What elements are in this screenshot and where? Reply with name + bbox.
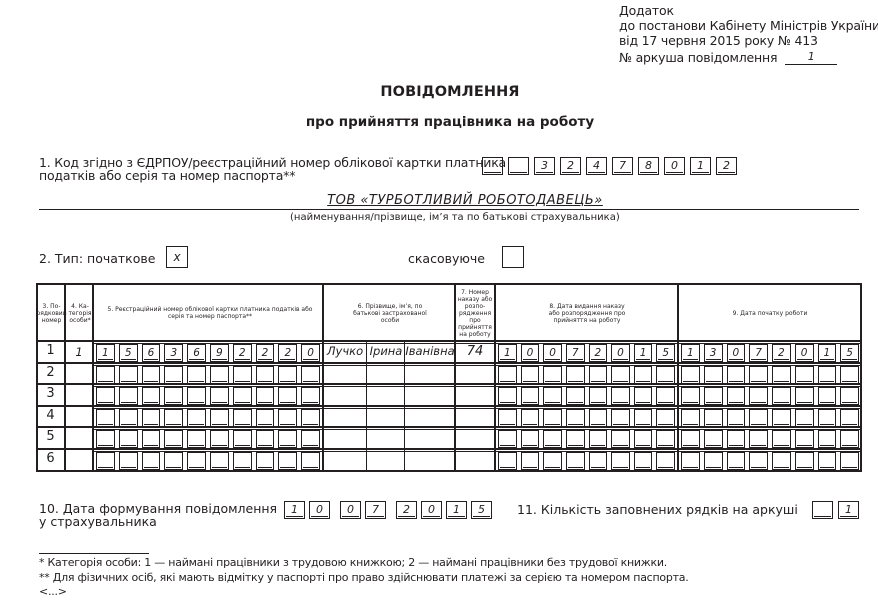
order-date-cell[interactable]	[634, 430, 653, 448]
tax-id-cell[interactable]	[233, 366, 252, 384]
report-date-cell[interactable]: 0	[309, 501, 330, 519]
order-date-cell[interactable]	[589, 387, 608, 405]
table-row-divider	[36, 283, 862, 285]
order-date-cell[interactable]	[498, 366, 517, 384]
table-column-divider	[494, 283, 496, 471]
start-date-cell[interactable]	[818, 409, 837, 427]
order-date-cell[interactable]	[611, 430, 630, 448]
tax-id-cell[interactable]	[96, 366, 115, 384]
filled-rows-cell[interactable]: 1	[838, 501, 859, 519]
report-date-label: 10. Дата формування повідомлення у страх…	[39, 502, 277, 528]
start-date-cell[interactable]: 5	[840, 344, 859, 362]
type-initial-label: 2. Тип: початкове	[39, 251, 155, 266]
tax-id-cell[interactable]	[142, 452, 161, 470]
order-date-cell[interactable]	[566, 387, 585, 405]
tax-id-cell[interactable]: 2	[256, 344, 275, 362]
tax-id-cell[interactable]	[119, 452, 138, 470]
tax-id-cell[interactable]: 2	[278, 344, 297, 362]
tax-id-cell[interactable]: 6	[187, 344, 206, 362]
report-date-cell[interactable]: 1	[446, 501, 467, 519]
order-date-cell[interactable]	[543, 452, 562, 470]
order-date-cell[interactable]	[611, 366, 630, 384]
order-date-cell[interactable]: 0	[543, 344, 562, 362]
start-date-cell[interactable]	[704, 366, 723, 384]
report-date-cell[interactable]: 7	[365, 501, 386, 519]
start-date-cell[interactable]	[749, 387, 768, 405]
order-date-cell[interactable]: 7	[566, 344, 585, 362]
tax-id-cell[interactable]	[164, 387, 183, 405]
order-date-cell[interactable]	[634, 409, 653, 427]
start-date-cell[interactable]	[727, 387, 746, 405]
start-date-cell[interactable]	[772, 387, 791, 405]
surname-field[interactable]: Лучко	[323, 344, 367, 358]
footnote-divider	[39, 553, 149, 554]
tax-id-cell[interactable]: 1	[96, 344, 115, 362]
annex-line-2: до постанови Кабінету Міністрів України	[619, 18, 878, 33]
tax-id-cell[interactable]	[278, 409, 297, 427]
tax-id-cell[interactable]: 3	[164, 344, 183, 362]
filled-rows-cells: 1	[812, 501, 864, 519]
start-date-cell[interactable]: 1	[681, 344, 700, 362]
order-date-cell[interactable]	[498, 409, 517, 427]
tax-id-cell[interactable]: 5	[119, 344, 138, 362]
order-date-cell[interactable]	[611, 452, 630, 470]
report-date-cell[interactable]: 1	[284, 501, 305, 519]
order-date-cell[interactable]: 0	[611, 344, 630, 362]
tax-id-cell[interactable]	[187, 430, 206, 448]
order-date-cell[interactable]	[498, 452, 517, 470]
report-date-label-line-2: у страхувальника	[39, 515, 277, 528]
employer-code-label-line-2: податків або серія та номер паспорта**	[39, 169, 506, 182]
header-full-name: 6. Прізвище, ім’я, по батькові застрахов…	[326, 285, 454, 341]
order-date-cell[interactable]	[543, 430, 562, 448]
tax-id-cell[interactable]	[233, 387, 252, 405]
order-date-cell[interactable]	[543, 387, 562, 405]
report-date-cell[interactable]: 0	[421, 501, 442, 519]
tax-id-cell[interactable]: 9	[210, 344, 229, 362]
start-date-cell[interactable]	[727, 409, 746, 427]
order-date-cell[interactable]	[543, 366, 562, 384]
tax-id-cell[interactable]	[210, 387, 229, 405]
employer-code-cell[interactable]: 7	[612, 157, 633, 175]
name-field[interactable]: Ірина	[367, 344, 405, 358]
start-date-cell[interactable]	[840, 430, 859, 448]
start-date-cell[interactable]	[795, 430, 814, 448]
header-tax-id: 5. Реєстраційний номер облікової картки …	[100, 285, 320, 341]
tax-id-cell[interactable]	[187, 387, 206, 405]
order-date-cell[interactable]	[589, 452, 608, 470]
tax-id-cell[interactable]	[278, 387, 297, 405]
tax-id-cell[interactable]: 0	[301, 344, 320, 362]
order-date-cell[interactable]	[634, 452, 653, 470]
tax-id-cell[interactable]	[119, 366, 138, 384]
header-order-date: 8. Дата видання наказу або розпорядження…	[497, 285, 677, 341]
tax-id-cell[interactable]	[233, 430, 252, 448]
tax-id-cell[interactable]	[96, 430, 115, 448]
start-date-cell[interactable]	[704, 452, 723, 470]
table-column-divider	[860, 283, 862, 471]
type-cancel-label: скасовуюче	[408, 251, 485, 266]
start-date-cell[interactable]	[727, 366, 746, 384]
row-number: 4	[36, 408, 65, 423]
tax-id-cell[interactable]	[164, 409, 183, 427]
filled-rows-label: 11. Кількість заповнених рядків на аркуш…	[517, 502, 798, 517]
start-date-cell[interactable]: 3	[704, 344, 723, 362]
order-date-cell[interactable]	[521, 387, 540, 405]
start-date-cell[interactable]	[749, 430, 768, 448]
category-field[interactable]: 1	[65, 345, 93, 359]
start-date-cell[interactable]	[681, 387, 700, 405]
start-date-cell[interactable]: 2	[772, 344, 791, 362]
annex-line-1: Додаток	[619, 3, 878, 18]
sheet-number-field[interactable]: 1	[785, 50, 837, 65]
tax-id-cell[interactable]	[278, 430, 297, 448]
table-row-inner-line	[93, 408, 862, 409]
order-date-cell[interactable]: 5	[656, 344, 675, 362]
start-date-cell[interactable]	[818, 430, 837, 448]
order-date-cell[interactable]	[589, 366, 608, 384]
order-date-cell[interactable]	[566, 430, 585, 448]
order-date-cell[interactable]	[656, 366, 675, 384]
employer-code-cell[interactable]: 3	[534, 157, 555, 175]
employer-name-field[interactable]: ТОВ «ТУРБОТЛИВИЙ РОБОТОДАВЕЦЬ»	[300, 193, 630, 208]
order-date-cell[interactable]	[521, 409, 540, 427]
tax-id-cell[interactable]	[164, 430, 183, 448]
patronymic-field[interactable]: Іванівна	[405, 344, 455, 358]
order-date-cell[interactable]	[566, 366, 585, 384]
start-date-cell[interactable]	[772, 452, 791, 470]
tax-id-cell[interactable]	[278, 452, 297, 470]
type-initial-checkbox[interactable]: x	[166, 246, 188, 268]
tax-id-cell[interactable]	[233, 452, 252, 470]
tax-id-cell[interactable]	[210, 430, 229, 448]
start-date-cell[interactable]	[749, 452, 768, 470]
start-date-cell[interactable]: 0	[727, 344, 746, 362]
employer-code-cell[interactable]	[482, 157, 503, 175]
employer-code-cells: 32478012	[482, 157, 742, 175]
tax-id-cell[interactable]	[233, 409, 252, 427]
tax-id-cell[interactable]	[119, 430, 138, 448]
start-date-cell[interactable]	[818, 387, 837, 405]
start-date-cell[interactable]	[772, 409, 791, 427]
order-date-cell[interactable]	[589, 409, 608, 427]
employer-code-cell[interactable]: 2	[716, 157, 737, 175]
start-date-cell[interactable]	[840, 452, 859, 470]
order-number-field[interactable]: 74	[455, 344, 495, 359]
employees-table: 3. По-рядковий номер 4. Ка-тегорія особи…	[36, 283, 862, 471]
table-column-divider	[322, 283, 324, 471]
order-date-cell[interactable]	[498, 430, 517, 448]
table-row-inner-line	[93, 451, 862, 452]
row-number: 5	[36, 429, 65, 444]
start-date-cell[interactable]	[704, 430, 723, 448]
employer-code-cell[interactable]: 8	[638, 157, 659, 175]
filled-rows-cell[interactable]	[812, 501, 833, 519]
tax-id-cell[interactable]	[256, 430, 275, 448]
order-date-cell[interactable]	[498, 387, 517, 405]
tax-id-cell[interactable]	[210, 409, 229, 427]
start-date-cell[interactable]	[749, 366, 768, 384]
table-row-divider	[36, 340, 862, 342]
tax-id-cell[interactable]: 6	[142, 344, 161, 362]
table-column-divider	[677, 283, 679, 471]
employer-name-caption: (найменування/прізвище, ім’я та по батьк…	[290, 212, 620, 223]
table-column-divider	[454, 283, 456, 471]
order-date-cell[interactable]	[543, 409, 562, 427]
start-date-cell[interactable]	[704, 409, 723, 427]
tax-id-cell[interactable]	[187, 452, 206, 470]
footnote-2: ** Для фізичних осіб, які мають відмітку…	[39, 571, 689, 586]
tax-id-cell[interactable]: 2	[233, 344, 252, 362]
start-date-cell[interactable]	[727, 452, 746, 470]
tax-id-cell[interactable]	[301, 387, 320, 405]
order-date-cell[interactable]: 2	[589, 344, 608, 362]
employer-code-label: 1. Код згідно з ЄДРПОУ/реєстраційний ном…	[39, 156, 506, 182]
order-date-cell[interactable]: 1	[634, 344, 653, 362]
start-date-cell[interactable]	[840, 409, 859, 427]
row-number: 2	[36, 365, 65, 380]
report-date-cell[interactable]: 0	[340, 501, 361, 519]
order-date-cell[interactable]	[566, 452, 585, 470]
header-row-number: 3. По-рядковий номер	[38, 285, 65, 341]
order-date-cell[interactable]: 0	[521, 344, 540, 362]
start-date-cell[interactable]	[704, 387, 723, 405]
tax-id-cell[interactable]	[256, 409, 275, 427]
order-date-cell[interactable]	[656, 452, 675, 470]
employer-code-cell[interactable]	[508, 157, 529, 175]
employer-name-underline	[39, 209, 859, 210]
employer-code-cell[interactable]: 4	[586, 157, 607, 175]
page-title: ПОВІДОМЛЕННЯ	[0, 84, 878, 100]
table-row-inner-line	[93, 365, 862, 366]
start-date-cell[interactable]	[749, 409, 768, 427]
order-date-cell[interactable]	[656, 409, 675, 427]
tax-id-cell[interactable]	[119, 409, 138, 427]
tax-id-cell[interactable]	[301, 409, 320, 427]
tax-id-cell[interactable]	[256, 387, 275, 405]
tax-id-cell[interactable]	[142, 430, 161, 448]
employer-code-cell[interactable]: 0	[664, 157, 685, 175]
tax-id-cell[interactable]	[256, 366, 275, 384]
report-date-cell[interactable]: 2	[396, 501, 417, 519]
order-date-cell[interactable]	[611, 409, 630, 427]
tax-id-cell[interactable]	[142, 409, 161, 427]
start-date-cell[interactable]	[818, 366, 837, 384]
header-category: 4. Ка-тегорія особи*	[67, 285, 93, 341]
employer-code-cell[interactable]: 2	[560, 157, 581, 175]
page-subtitle: про прийняття працівника на роботу	[0, 114, 878, 130]
header-order-number: 7. Номер наказу або розпо-рядження про п…	[457, 285, 493, 341]
start-date-cell[interactable]	[795, 366, 814, 384]
tax-id-cell[interactable]	[256, 452, 275, 470]
start-date-cell[interactable]: 7	[749, 344, 768, 362]
footnote-ellipsis: <...>	[39, 585, 689, 600]
header-start-date: 9. Дата початку роботи	[680, 285, 860, 341]
start-date-cell[interactable]	[681, 430, 700, 448]
table-row-inner-line	[93, 429, 862, 430]
tax-id-cell[interactable]	[164, 452, 183, 470]
order-date-cell[interactable]	[634, 387, 653, 405]
tax-id-cell[interactable]	[164, 366, 183, 384]
annex-line-3: від 17 червня 2015 року № 413	[619, 33, 878, 48]
tax-id-cell[interactable]	[187, 366, 206, 384]
order-date-cell[interactable]	[589, 430, 608, 448]
table-row-inner-line	[93, 386, 862, 387]
start-date-cell[interactable]	[681, 366, 700, 384]
start-date-cell[interactable]: 0	[795, 344, 814, 362]
order-date-cell[interactable]: 1	[498, 344, 517, 362]
annex-header: Додаток до постанови Кабінету Міністрів …	[619, 3, 878, 48]
tax-id-cell[interactable]	[96, 387, 115, 405]
order-date-cell[interactable]	[611, 387, 630, 405]
tax-id-cell[interactable]	[96, 452, 115, 470]
start-date-cell[interactable]	[840, 387, 859, 405]
row-number: 1	[36, 343, 65, 358]
report-date-cells: 10072015	[284, 501, 496, 519]
start-date-cell[interactable]	[818, 452, 837, 470]
tax-id-cell[interactable]	[96, 409, 115, 427]
table-column-divider	[92, 283, 94, 471]
sheet-number-label: № аркуша повідомлення	[619, 50, 777, 65]
row-number: 6	[36, 451, 65, 466]
order-date-cell[interactable]	[521, 430, 540, 448]
tax-id-cell[interactable]	[210, 366, 229, 384]
employer-code-cell[interactable]: 1	[690, 157, 711, 175]
start-date-cell[interactable]	[795, 452, 814, 470]
order-date-cell[interactable]	[634, 366, 653, 384]
start-date-cell[interactable]	[681, 409, 700, 427]
order-date-cell[interactable]	[656, 387, 675, 405]
start-date-cell[interactable]	[772, 366, 791, 384]
start-date-cell[interactable]	[840, 366, 859, 384]
start-date-cell[interactable]	[681, 452, 700, 470]
report-date-cell[interactable]: 5	[471, 501, 492, 519]
tax-id-cell[interactable]	[187, 409, 206, 427]
start-date-cell[interactable]	[795, 387, 814, 405]
order-date-cell[interactable]	[656, 430, 675, 448]
start-date-cell[interactable]	[727, 430, 746, 448]
order-date-cell[interactable]	[566, 409, 585, 427]
tax-id-cell[interactable]	[210, 452, 229, 470]
tax-id-cell[interactable]	[301, 430, 320, 448]
tax-id-cell[interactable]	[142, 366, 161, 384]
start-date-cell[interactable]	[795, 409, 814, 427]
start-date-cell[interactable]	[772, 430, 791, 448]
footnote-1: * Категорія особи: 1 — наймані працівник…	[39, 556, 689, 571]
tax-id-cell[interactable]	[142, 387, 161, 405]
tax-id-cell[interactable]	[278, 366, 297, 384]
footnotes: * Категорія особи: 1 — наймані працівник…	[39, 556, 689, 600]
tax-id-cell[interactable]	[301, 366, 320, 384]
row-number: 3	[36, 386, 65, 401]
start-date-cell[interactable]: 1	[818, 344, 837, 362]
type-cancel-checkbox[interactable]	[502, 246, 524, 268]
tax-id-cell[interactable]	[301, 452, 320, 470]
order-date-cell[interactable]	[521, 366, 540, 384]
tax-id-cell[interactable]	[119, 387, 138, 405]
order-date-cell[interactable]	[521, 452, 540, 470]
sheet-number: № аркуша повідомлення 1	[619, 50, 837, 65]
